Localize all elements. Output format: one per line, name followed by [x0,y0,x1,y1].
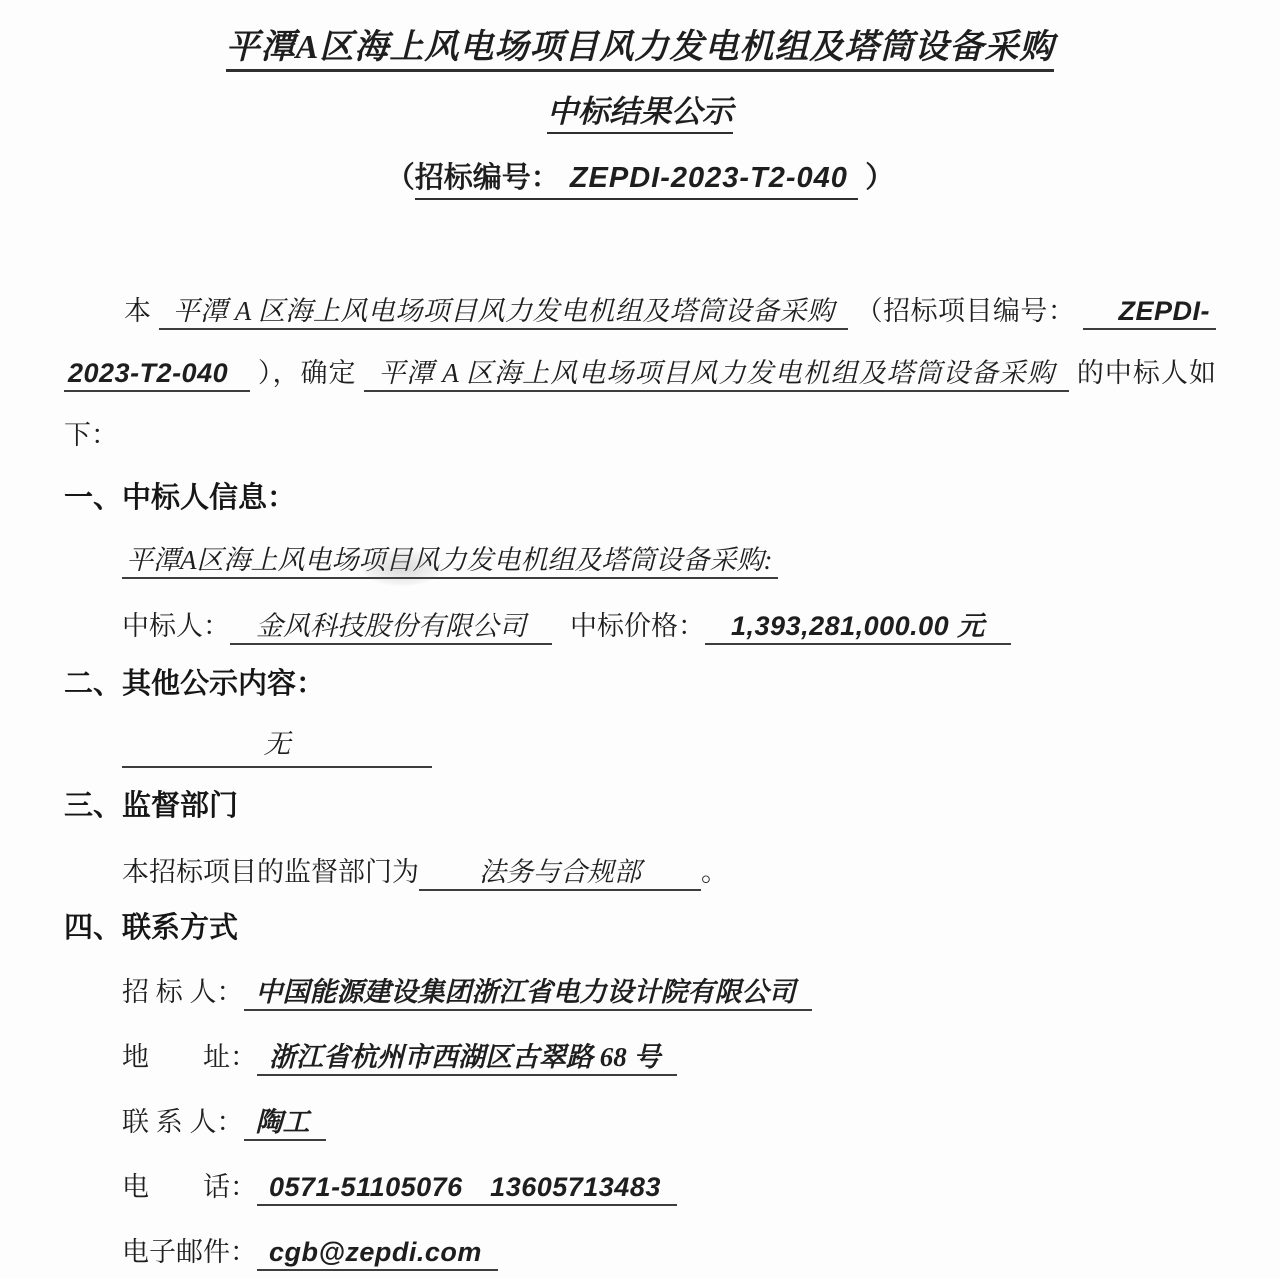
project-name-underlined: 平潭A区海上风电场项目风力发电机组及塔筒设备采购: [122,545,778,579]
intro-paragraph: 本 平潭 A 区海上风电场项目风力发电机组及塔筒设备采购 （招标项目编号： ZE… [64,280,1216,466]
contact-value-tenderer: 中国能源建设集团浙江省电力设计院有限公司 [244,977,812,1011]
section-4-heading: 四、联系方式 [64,906,1216,950]
supervise-suffix: 。 [701,857,728,887]
document-page: 平潭A区海上风电场项目风力发电机组及塔筒设备采购 中标结果公示 （招标编号：ZE… [0,0,1280,1278]
document-subtitle-text: 中标结果公示 [547,94,733,134]
contact-value-address: 浙江省杭州市西湖区古翠路 68 号 [257,1042,677,1076]
contact-value-person: 陶工 [244,1107,326,1141]
document-subtitle: 中标结果公示 [64,90,1216,134]
intro-text: 本 [124,296,151,326]
supervise-dept-value: 法务与合规部 [419,857,701,891]
intro-blank-project-name: 平潭 A 区海上风电场项目风力发电机组及塔筒设备采购 [159,296,849,330]
bid-number-open-paren: （ [386,162,415,194]
contact-row-address: 地 址：浙江省杭州市西湖区古翠路 68 号 [64,1035,1216,1079]
other-content-value: 无 [122,724,432,768]
contact-row-phone: 电 话：0571-51105076 13605713483 [64,1165,1216,1209]
contact-row-tenderer: 招 标 人：中国能源建设集团浙江省电力设计院有限公司 [64,970,1216,1014]
bid-number-label: 招标编号： [415,162,560,194]
contact-label: 地 址： [122,1035,257,1079]
bid-number-close-paren: ） [865,162,894,194]
contact-label: 招 标 人： [122,970,244,1014]
contact-value-phone: 0571-51105076 13605713483 [257,1172,677,1206]
section-1-winner-line: 中标人：金风科技股份有限公司中标价格：1,393,281,000.00 元 [64,604,1216,648]
section-1-project-line: 平潭A区海上风电场项目风力发电机组及塔筒设备采购: [64,538,1216,582]
contact-label: 电子邮件： [122,1230,257,1274]
intro-text: 的中标人如 [1077,358,1216,388]
supervise-prefix: 本招标项目的监督部门为 [122,857,419,887]
bid-number-line: （招标编号：ZEPDI-2023-T2-040 ） [64,156,1216,200]
intro-line-2: 2023-T2-040 ），确定 平潭 A 区海上风电场项目风力发电机组及塔筒设… [64,342,1216,404]
intro-line-3: 下： [64,404,1216,466]
contact-row-person: 联 系 人：陶工 [64,1100,1216,1144]
intro-line-1: 本 平潭 A 区海上风电场项目风力发电机组及塔筒设备采购 （招标项目编号： ZE… [64,280,1216,342]
contact-row-email: 电子邮件：cgb@zepdi.com [64,1230,1216,1274]
intro-blank-project-name-2: 平潭 A 区海上风电场项目风力发电机组及塔筒设备采购 [364,358,1069,392]
price-label: 中标价格： [570,611,705,641]
bid-number-value: ZEPDI-2023-T2-040 [560,162,858,194]
document-content: 平潭A区海上风电场项目风力发电机组及塔筒设备采购 中标结果公示 （招标编号：ZE… [0,0,1280,1274]
section-3-heading: 三、监督部门 [64,784,1216,828]
section-1-heading: 一、中标人信息： [64,476,1216,520]
contact-list: 招 标 人：中国能源建设集团浙江省电力设计院有限公司 地 址：浙江省杭州市西湖区… [64,970,1216,1274]
document-title: 平潭A区海上风电场项目风力发电机组及塔筒设备采购 [64,24,1216,72]
price-value: 1,393,281,000.00 元 [705,611,1011,645]
intro-blank-project-number-part1: ZEPDI- [1083,296,1217,330]
winner-value: 金风科技股份有限公司 [230,611,552,645]
contact-label: 电 话： [122,1165,257,1209]
section-3-supervise-line: 本招标项目的监督部门为法务与合规部。 [64,850,1216,894]
section-2-content-line: 无 [64,724,1216,768]
intro-text: ），确定 [258,358,357,388]
contact-value-email: cgb@zepdi.com [257,1237,498,1271]
section-2-heading: 二、其他公示内容： [64,662,1216,706]
intro-text: （招标项目编号： [856,296,1076,326]
contact-label: 联 系 人： [122,1100,244,1144]
winner-label: 中标人： [122,611,230,641]
document-title-text: 平潭A区海上风电场项目风力发电机组及塔筒设备采购 [226,29,1055,72]
intro-blank-project-number-part2: 2023-T2-040 [64,358,250,392]
